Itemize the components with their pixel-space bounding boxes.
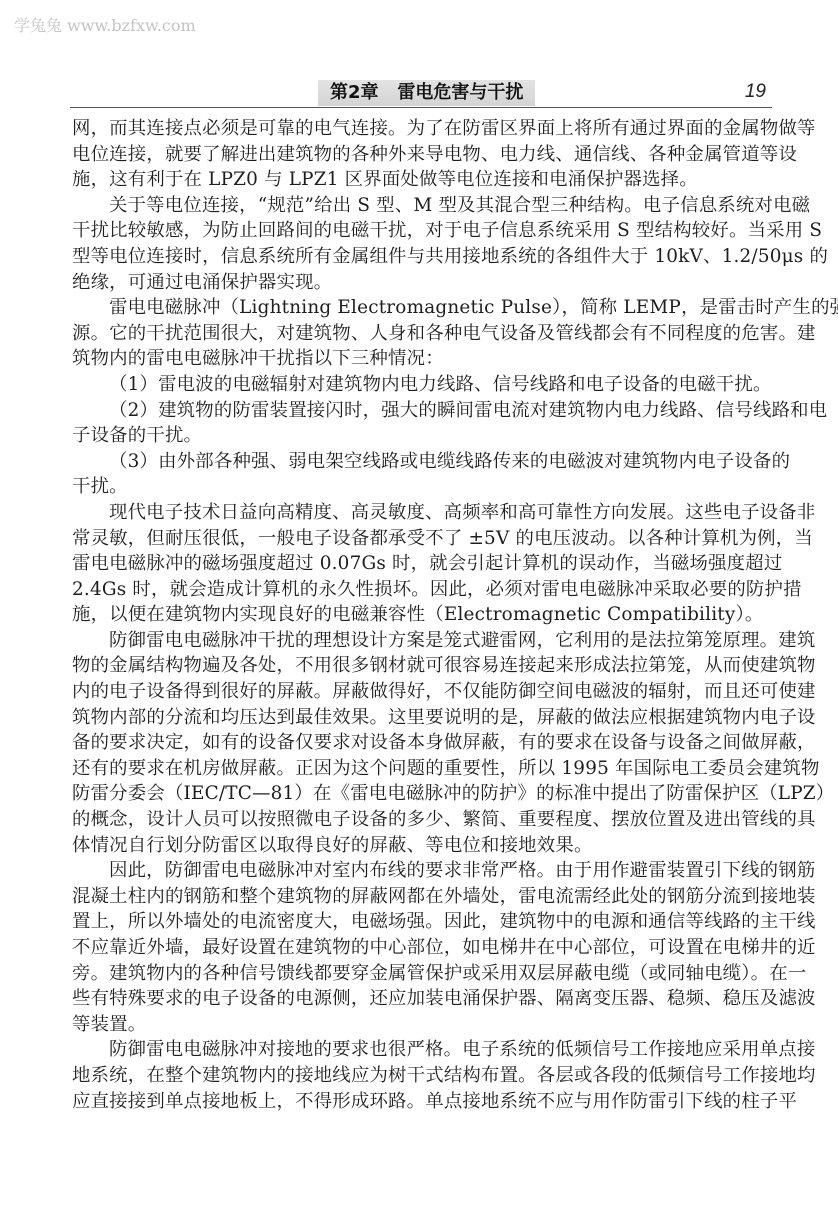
text-line: 2.4Gs 时，就会造成计算机的永久性损坏。因此，必须对雷电电磁脉冲采取必要的防… [72, 577, 772, 603]
watermark: 学兔兔 www.bzfxw.com [14, 13, 196, 36]
text-line: 绝缘，可通过电涌保护器实现。 [72, 270, 772, 296]
text-line: 体情况自行划分防雷区以取得良好的屏蔽、等电位和接地效果。 [72, 833, 772, 859]
text-line: 常灵敏，但耐压很低，一般电子设备都承受不了 ±5V 的电压波动。以各种计算机为例… [72, 526, 772, 552]
text-line: 的概念，设计人员可以按照微电子设备的多少、繁简、重要程度、摆放位置及进出管线的具 [72, 807, 772, 833]
text-line: 源。它的干扰范围很大，对建筑物、人身和各种电气设备及管线都会有不同程度的危害。建 [72, 321, 772, 347]
text-line: 网，而其连接点必须是可靠的电气连接。为了在防雷区界面上将所有通过界面的金属物做等 [72, 116, 772, 142]
text-line: 雷电电磁脉冲（Lightning Electromagnetic Pulse），… [72, 295, 772, 321]
text-line: 施，以便在建筑物内实现良好的电磁兼容性（Electromagnetic Comp… [72, 602, 772, 628]
page-number: 19 [745, 81, 766, 103]
text-line: 防雷分委会（IEC/TC—81）在《雷电电磁脉冲的防护》的标准中提出了防雷保护区… [72, 781, 772, 807]
text-line: 型等电位连接时，信息系统所有金属组件与共用接地系统的各组件大于 10kV、1.2… [72, 244, 772, 270]
text-line: （1）雷电波的电磁辐射对建筑物内电力线路、信号线路和电子设备的电磁干扰。 [72, 372, 772, 398]
chapter-title: 第2章 雷电危害与干扰 [318, 80, 535, 106]
text-line: 雷电电磁脉冲的磁场强度超过 0.07Gs 时，就会引起计算机的误动作，当磁场强度… [72, 551, 772, 577]
text-line: 等装置。 [72, 1012, 772, 1038]
page-header: 第2章 雷电危害与干扰 19 [70, 80, 772, 108]
text-line: 干扰比较敏感，为防止回路间的电磁干扰，对于电子信息系统采用 S 型结构较好。当采… [72, 218, 772, 244]
text-line: （2）建筑物的防雷装置接闪时，强大的瞬间雷电流对建筑物内电力线路、信号线路和电 [72, 398, 772, 424]
body-text: 网，而其连接点必须是可靠的电气连接。为了在防雷区界面上将所有通过界面的金属物做等… [72, 116, 772, 1114]
text-line: 些有特殊要求的电子设备的电源侧，还应加装电涌保护器、隔离变压器、稳频、稳压及滤波 [72, 986, 772, 1012]
text-line: 因此，防御雷电电磁脉冲对室内布线的要求非常严格。由于用作避雷装置引下线的钢筋 [72, 858, 772, 884]
text-line: （3）由外部各种强、弱电架空线路或电缆线路传来的电磁波对建筑物内电子设备的 [72, 449, 772, 475]
text-line: 筑物内部的分流和均压达到最佳效果。这里要说明的是，屏蔽的做法应根据建筑物内电子设 [72, 705, 772, 731]
text-line: 还有的要求在机房做屏蔽。正因为这个问题的重要性，所以 1995 年国际电工委员会… [72, 756, 772, 782]
text-line: 内的电子设备得到很好的屏蔽。屏蔽做得好，不仅能防御空间电磁波的辐射，而且还可使建 [72, 679, 772, 705]
text-line: 施，这有利于在 LPZ0 与 LPZ1 区界面处做等电位连接和电涌保护器选择。 [72, 167, 772, 193]
text-line: 旁。建筑物内的各种信号馈线都要穿金属管保护或采用双层屏蔽电缆（或同轴电缆）。在一 [72, 961, 772, 987]
text-line: 应直接接到单点接地板上，不得形成环路。单点接地系统不应与用作防雷引下线的柱子平 [72, 1089, 772, 1115]
text-line: 干扰。 [72, 474, 772, 500]
text-line: 防御雷电电磁脉冲干扰的理想设计方案是笼式避雷网，它利用的是法拉第笼原理。建筑 [72, 628, 772, 654]
text-line: 物的金属结构物遍及各处，不用很多钢材就可很容易连接起来形成法拉第笼，从而使建筑物 [72, 653, 772, 679]
text-line: 电位连接，就要了解进出建筑物的各种外来导电物、电力线、通信线、各种金属管道等设 [72, 142, 772, 168]
text-line: 关于等电位连接，“规范”给出 S 型、M 型及其混合型三种结构。电子信息系统对电… [72, 193, 772, 219]
text-line: 备的要求决定，如有的设备仅要求对设备本身做屏蔽，有的要求在设备与设备之间做屏蔽， [72, 730, 772, 756]
text-line: 子设备的干扰。 [72, 423, 772, 449]
text-line: 混凝土柱内的钢筋和整个建筑物的屏蔽网都在外墙处，雷电流需经此处的钢筋分流到接地装 [72, 884, 772, 910]
text-line: 筑物内的雷电电磁脉冲干扰指以下三种情况： [72, 346, 772, 372]
text-line: 置上，所以外墙处的电流密度大，电磁场强。因此，建筑物中的电源和通信等线路的主干线 [72, 909, 772, 935]
text-line: 现代电子技术日益向高精度、高灵敏度、高频率和高可靠性方向发展。这些电子设备非 [72, 500, 772, 526]
text-line: 地系统，在整个建筑物内的接地线应为树干式结构布置。各层或各段的低频信号工作接地均 [72, 1063, 772, 1089]
text-line: 不应靠近外墙，最好设置在建筑物的中心部位，如电梯井在中心部位，可设置在电梯井的近 [72, 935, 772, 961]
text-line: 防御雷电电磁脉冲对接地的要求也很严格。电子系统的低频信号工作接地应采用单点接 [72, 1037, 772, 1063]
